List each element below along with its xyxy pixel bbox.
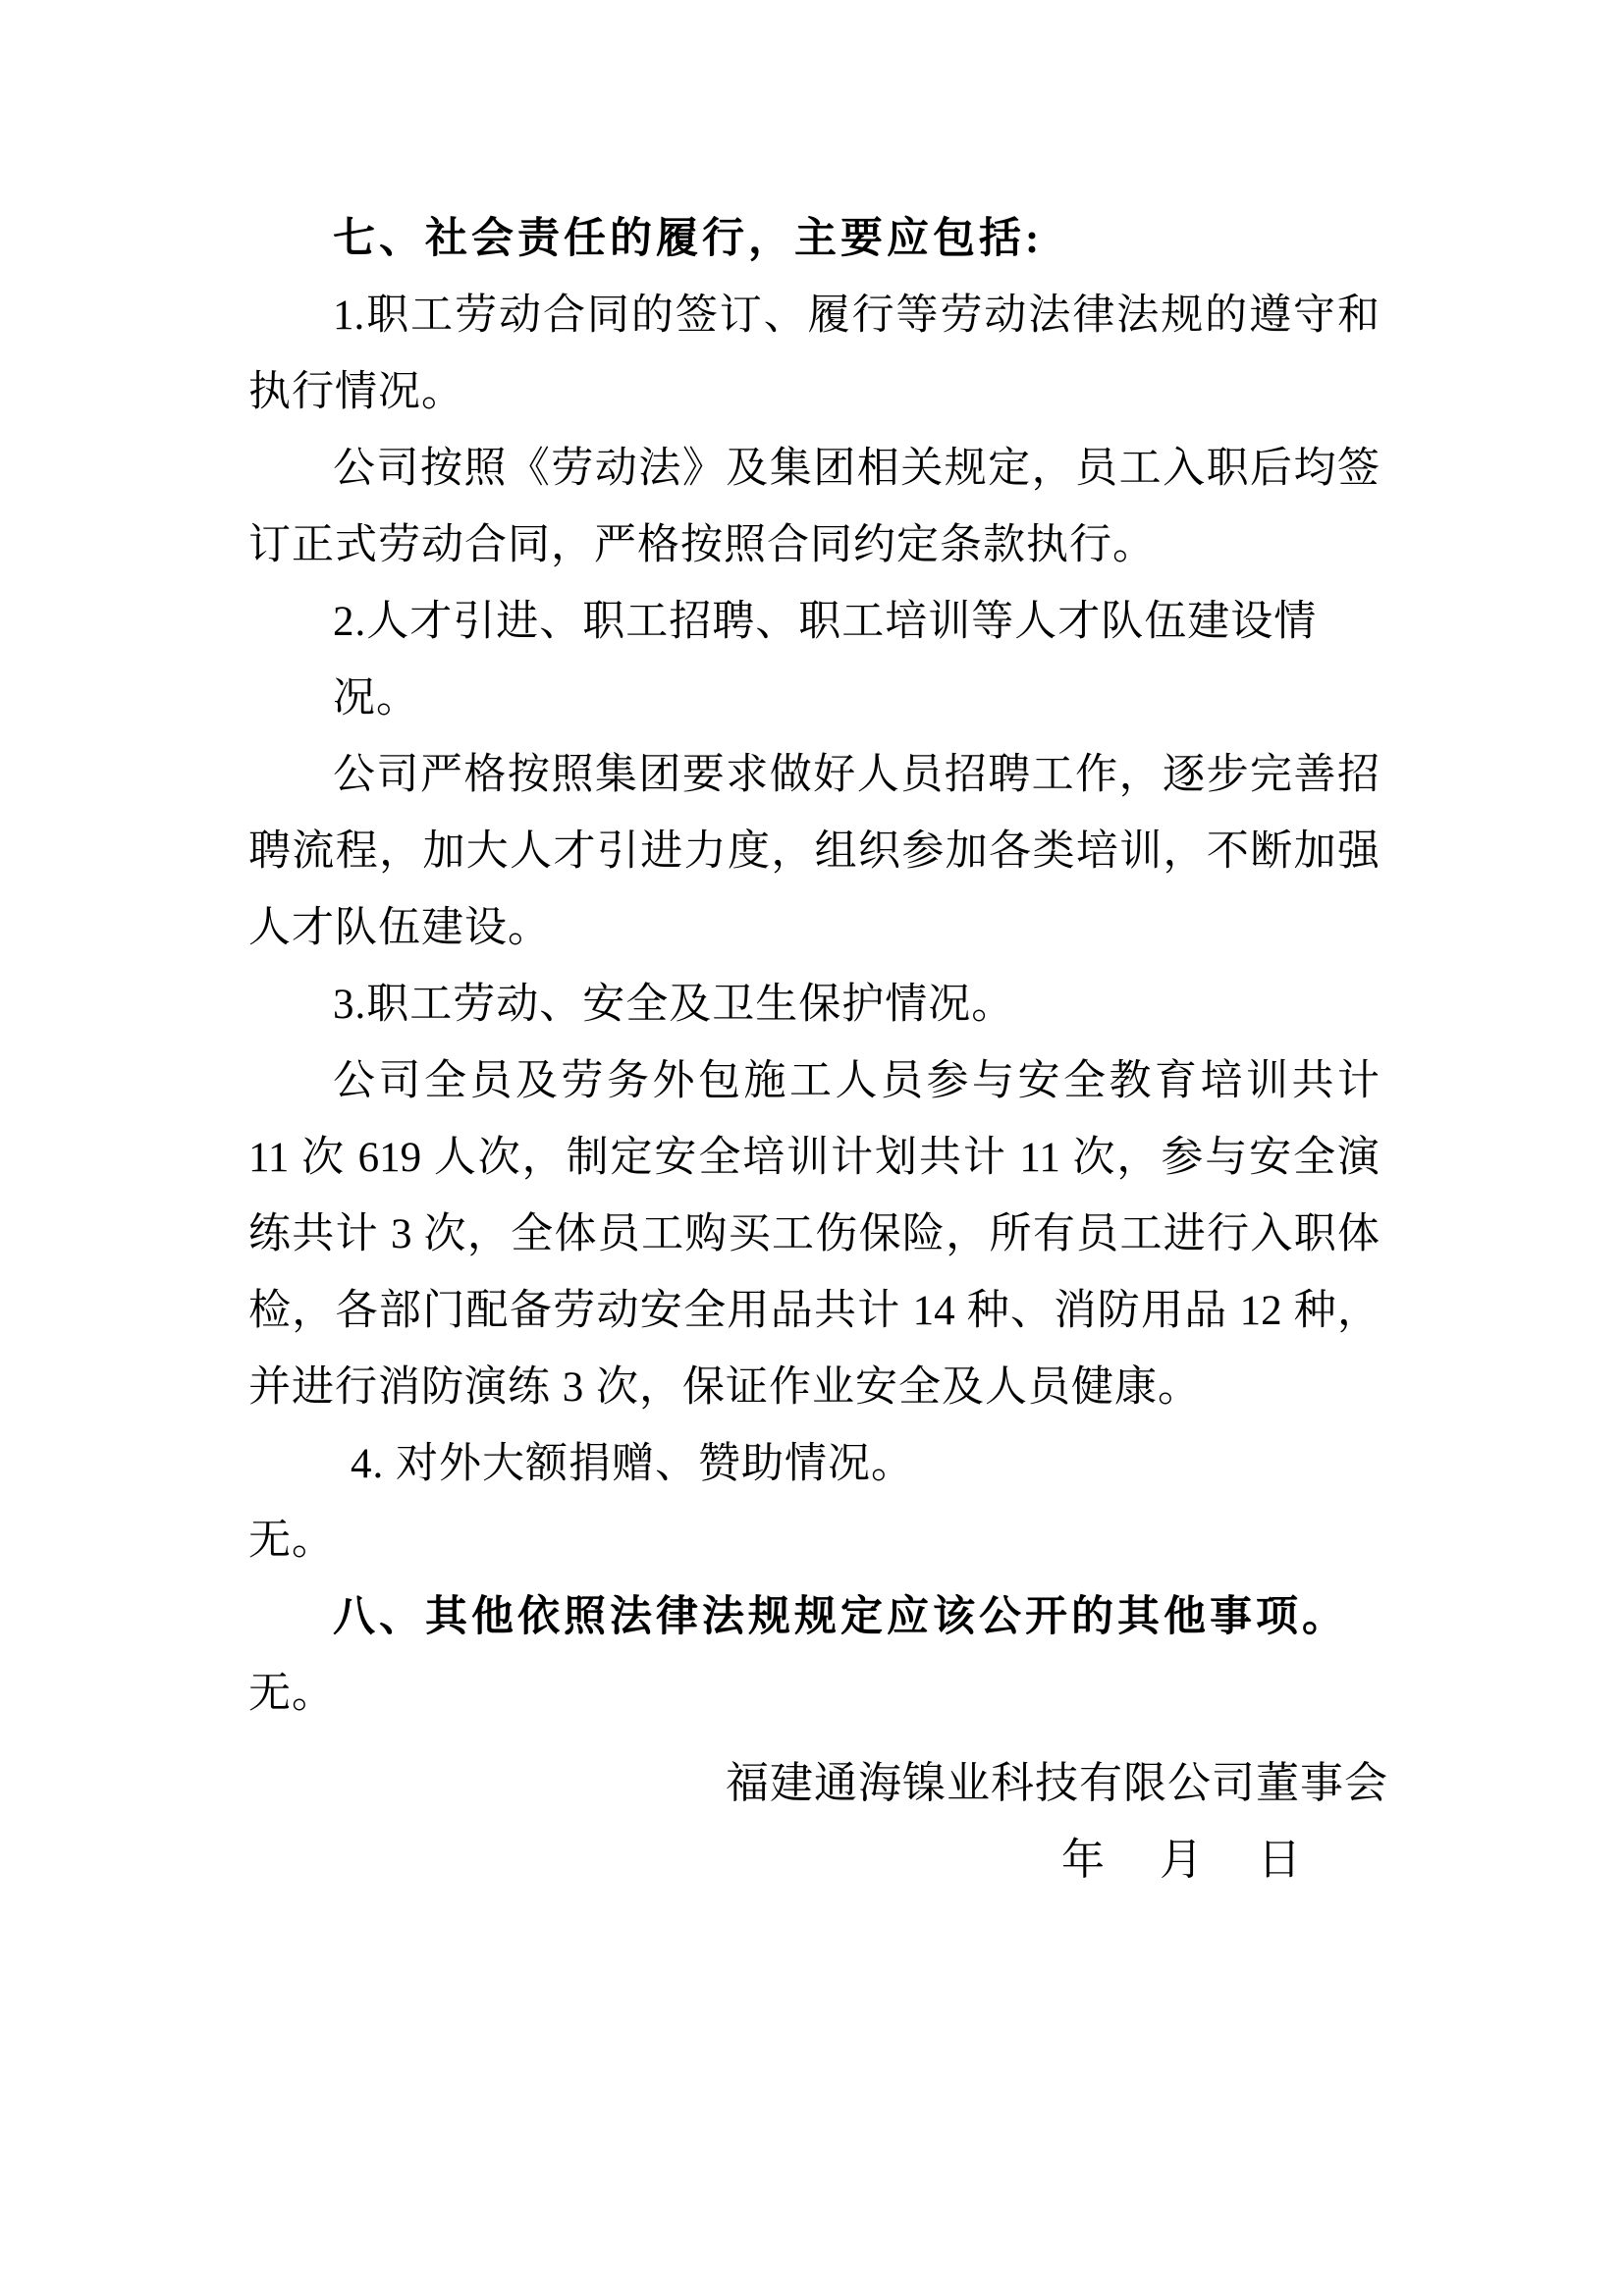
body-line: 11 次 619 人次，制定安全培训计划共计 11 次，参与安全演 [248,1120,1380,1197]
section-heading-8: 八、其他依照法律法规规定应该公开的其他事项。 [248,1579,1380,1656]
body-line: 3.职工劳动、安全及卫生保护情况。 [248,967,1380,1043]
body-line: 并进行消防演练 3 次，保证作业安全及人员健康。 [248,1350,1380,1426]
body-line: 执行情况。 [248,354,1380,431]
body-line: 2.人才引进、职工招聘、职工培训等人才队伍建设情况。 [248,584,1380,737]
body-line: 无。 [248,1656,1380,1733]
signature-company: 福建通海镍业科技有限公司董事会 [726,1745,1388,1822]
body-line: 聘流程，加大人才引进力度，组织参加各类培训，不断加强 [248,814,1380,890]
document-page: 七、社会责任的履行，主要应包括: 1.职工劳动合同的签订、履行等劳动法律法规的遵… [0,0,1624,2296]
body-line: 公司全员及劳务外包施工人员参与安全教育培训共计 [248,1043,1380,1120]
signature-date: 年 月 日 [1061,1822,1307,1898]
body-line: 人才队伍建设。 [248,890,1380,967]
body-line: 无。 [248,1503,1380,1579]
body-line: 练共计 3 次，全体员工购买工伤保险，所有员工进行入职体 [248,1197,1380,1273]
section-heading-7: 七、社会责任的履行，主要应包括: [248,201,1380,278]
body-line: 订正式劳动合同，严格按照合同约定条款执行。 [248,507,1380,584]
body-line: 检，各部门配备劳动安全用品共计 14 种、消防用品 12 种， [248,1273,1380,1350]
document-body: 七、社会责任的履行，主要应包括: 1.职工劳动合同的签订、履行等劳动法律法规的遵… [248,201,1380,1733]
body-line: 4. 对外大额捐赠、赞助情况。 [248,1426,1380,1503]
body-line: 公司按照《劳动法》及集团相关规定，员工入职后均签 [248,431,1380,507]
body-line: 1.职工劳动合同的签订、履行等劳动法律法规的遵守和 [248,278,1380,354]
body-line: 公司严格按照集团要求做好人员招聘工作，逐步完善招 [248,737,1380,814]
